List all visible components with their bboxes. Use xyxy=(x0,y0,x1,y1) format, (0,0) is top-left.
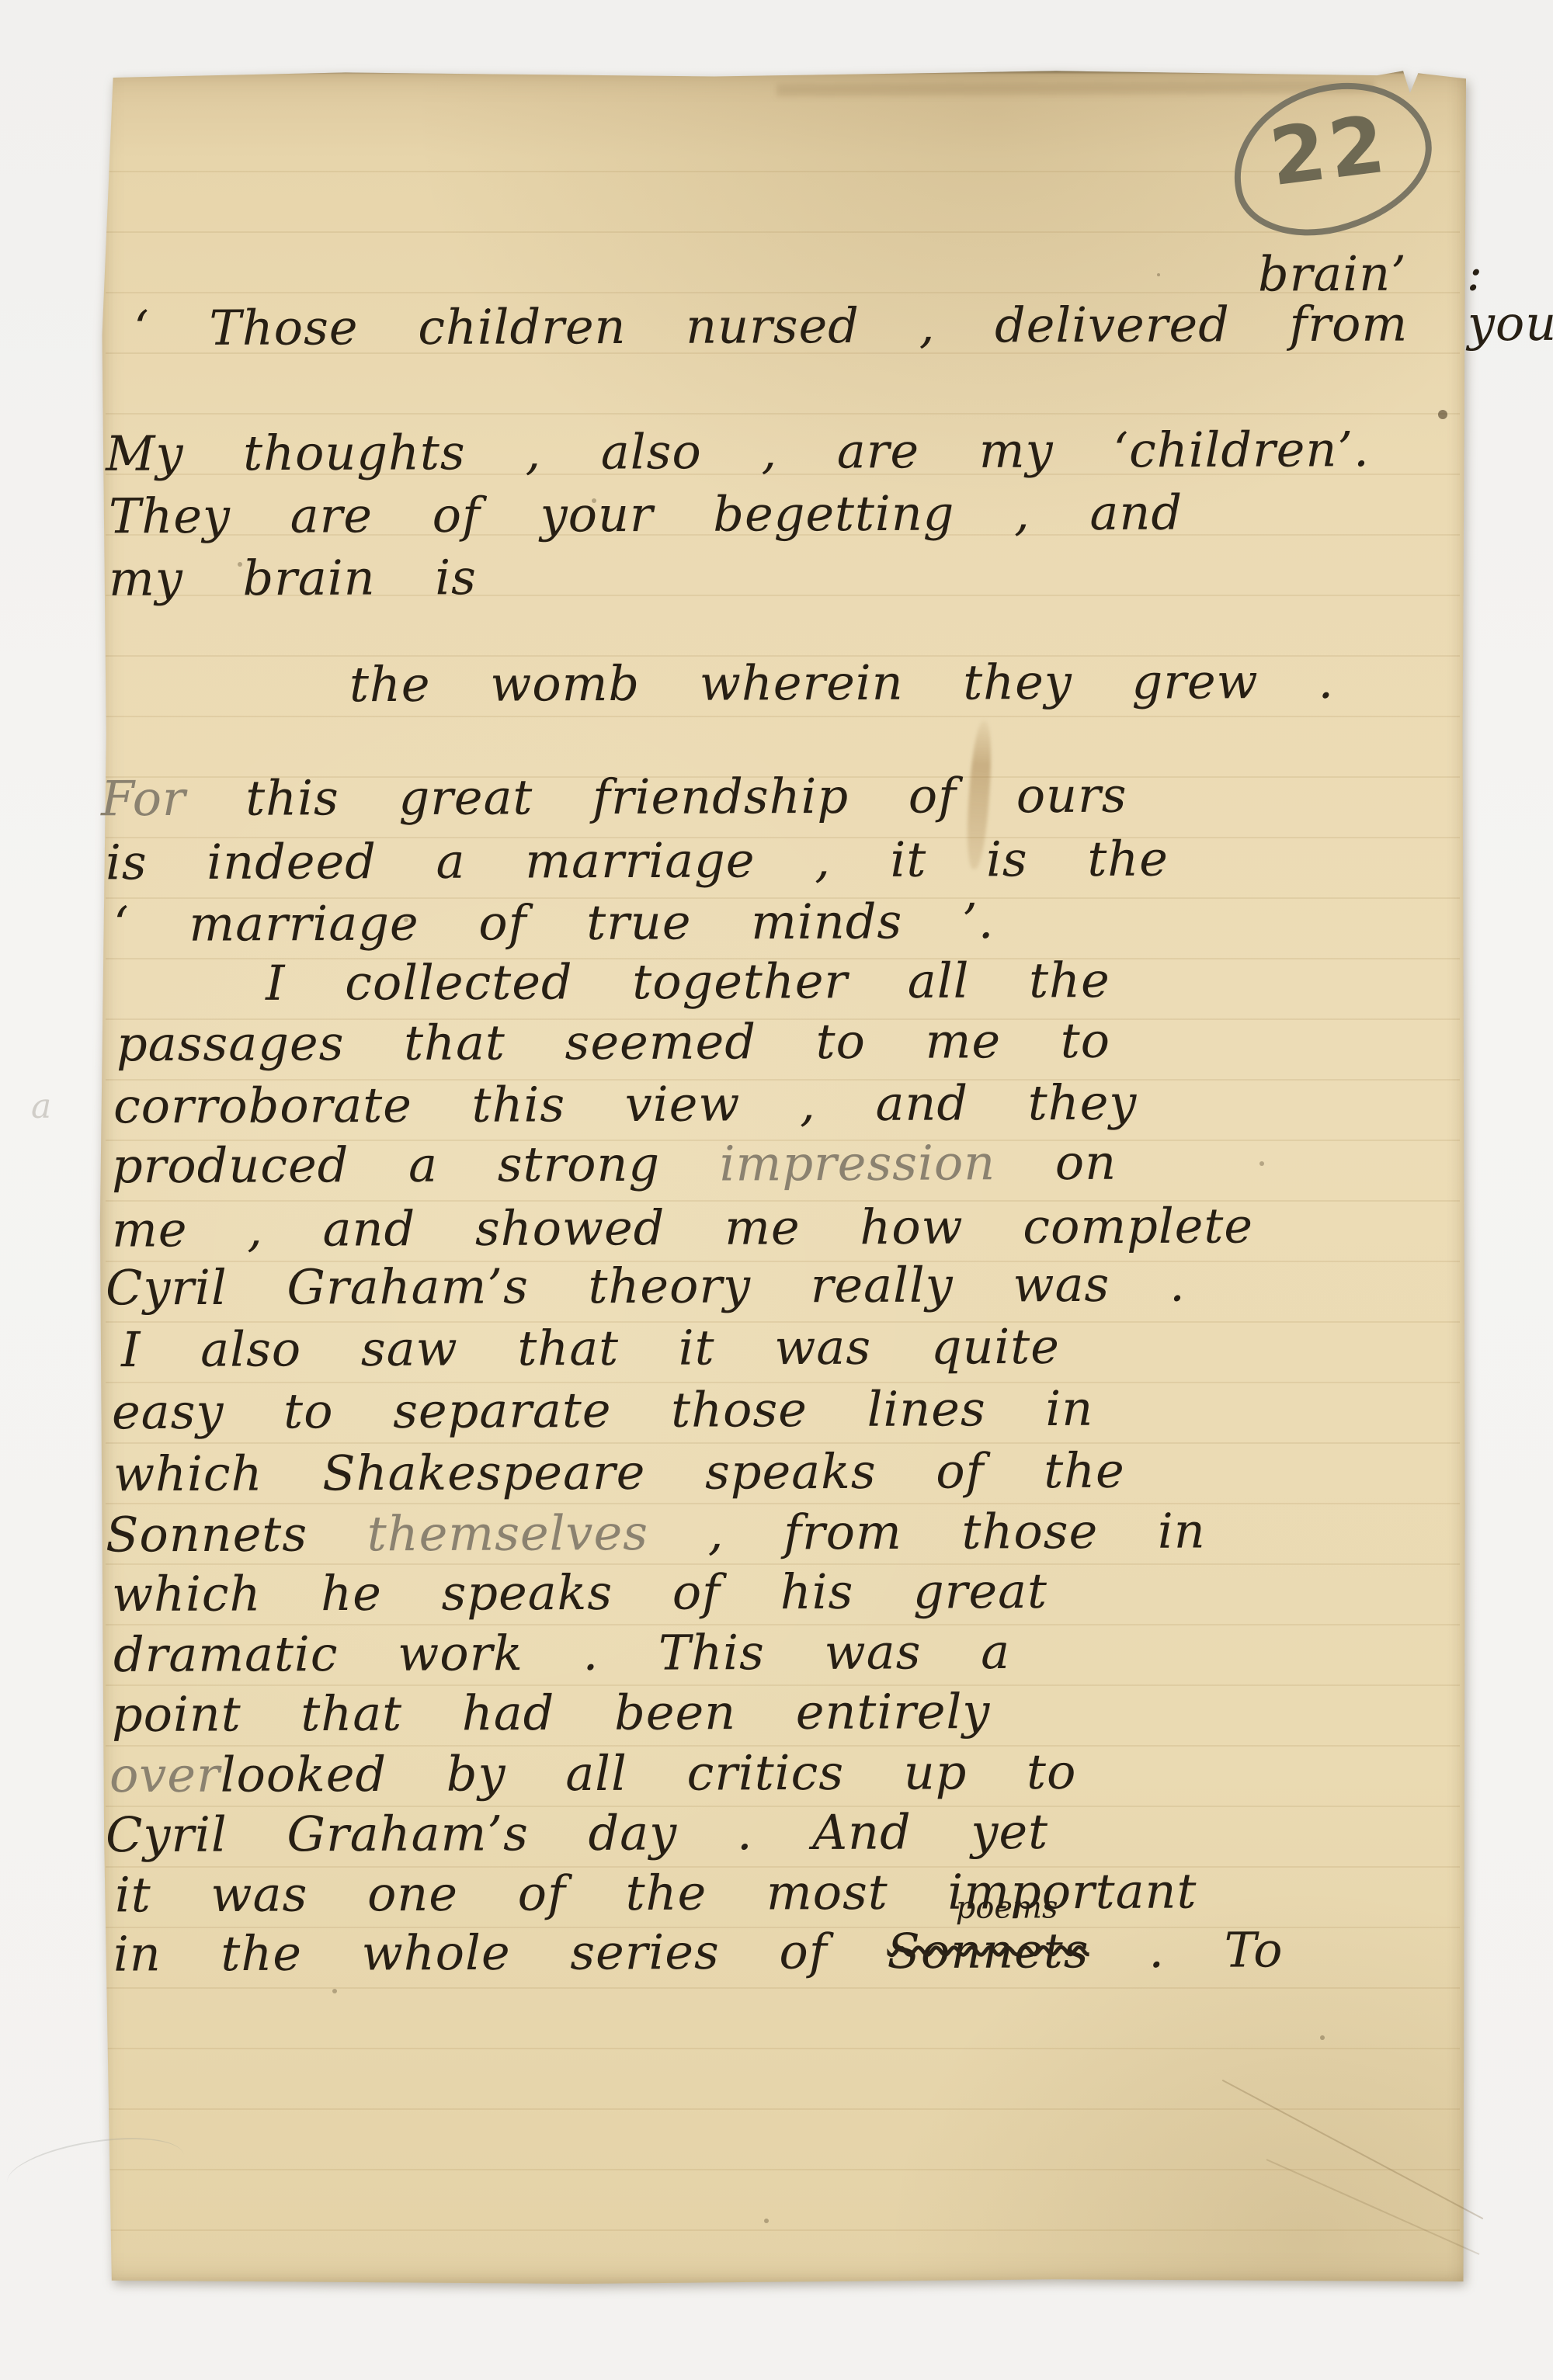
corrected-word: poemsSonnets xyxy=(887,1922,1089,1979)
manuscript-line: in the whole series of poemsSonnets . To xyxy=(113,1921,1284,1982)
manuscript-text: brain’ :‘ Those children nursed , delive… xyxy=(0,0,1553,2380)
manuscript-line: I also saw that it was quite xyxy=(121,1318,1060,1378)
text-segment: I also saw that it was quite xyxy=(121,1318,1060,1378)
text-segment: impression xyxy=(720,1134,996,1192)
text-segment: corroborate this view , and they xyxy=(113,1074,1138,1135)
manuscript-line: the womb wherein they grew . xyxy=(349,653,1334,713)
text-segment: produced a strong xyxy=(112,1136,720,1195)
struck-word: Sonnets xyxy=(887,1922,1089,1979)
manuscript-line: passages that seemed to me to xyxy=(116,1012,1110,1072)
text-segment: , from those in xyxy=(648,1503,1206,1562)
manuscript-line: My thoughts , also , are my ‘children’. xyxy=(106,421,1370,482)
text-segment: . To xyxy=(1089,1921,1283,1979)
manuscript-line: which Shakespeare speaks of the xyxy=(113,1442,1125,1503)
text-segment: Cyril Graham’s theory really was . xyxy=(106,1256,1186,1317)
text-segment: my brain is xyxy=(109,549,477,607)
text-segment: on xyxy=(995,1134,1117,1192)
manuscript-line: easy to separate those lines in xyxy=(112,1380,1093,1440)
margin-mark: a xyxy=(31,1087,51,1126)
text-segment: looked by all critics up to xyxy=(221,1743,1077,1803)
manuscript-line: ‘ Those children nursed , delivered from… xyxy=(134,295,1553,357)
text-segment: point that had been entirely xyxy=(112,1683,991,1743)
manuscript-line: brain’ : xyxy=(1258,245,1484,302)
text-segment: which Shakespeare speaks of the xyxy=(113,1442,1125,1503)
manuscript-line: dramatic work . This was a xyxy=(113,1623,1010,1683)
text-segment: Sonnets xyxy=(106,1505,367,1563)
text-segment: this great friendship of ours xyxy=(186,767,1127,827)
manuscript-line: I collected together all the xyxy=(266,952,1110,1011)
text-segment: the womb wherein they grew . xyxy=(349,653,1334,713)
scanned-manuscript-page: { "scan": { "page_number": "22", "margin… xyxy=(0,0,1553,2380)
manuscript-line: my brain is xyxy=(109,549,477,607)
text-segment: ‘ marriage of true minds ’. xyxy=(113,893,995,952)
manuscript-line: For this great friendship of ours xyxy=(101,767,1127,827)
text-segment: passages that seemed to me to xyxy=(116,1012,1110,1072)
text-segment: me , and showed me how complete xyxy=(112,1197,1253,1258)
manuscript-line: They are of your begetting , and xyxy=(109,484,1183,545)
text-segment: over xyxy=(109,1747,221,1803)
manuscript-line: Cyril Graham’s day . And yet xyxy=(106,1803,1048,1863)
text-segment: Cyril Graham’s day . And yet xyxy=(106,1803,1048,1863)
manuscript-line: is indeed a marriage , it is the xyxy=(106,831,1169,891)
manuscript-line: overlooked by all critics up to xyxy=(109,1743,1077,1803)
text-segment: is indeed a marriage , it is the xyxy=(106,831,1169,891)
text-segment: dramatic work . This was a xyxy=(113,1623,1010,1683)
manuscript-line: point that had been entirely xyxy=(112,1683,991,1743)
text-segment: ‘ Those children nursed , delivered from… xyxy=(134,295,1553,357)
inserted-word: poems xyxy=(956,1889,1058,1925)
manuscript-line: produced a strong impression on xyxy=(112,1134,1117,1195)
manuscript-line: ‘ marriage of true minds ’. xyxy=(113,893,995,952)
text-segment: in the whole series of xyxy=(113,1923,888,1982)
text-segment: They are of your begetting , and xyxy=(109,484,1183,545)
manuscript-line: me , and showed me how complete xyxy=(112,1197,1253,1258)
text-segment: themselves xyxy=(367,1504,648,1562)
manuscript-line: corroborate this view , and they xyxy=(113,1074,1138,1135)
text-segment: My thoughts , also , are my ‘children’. xyxy=(106,421,1370,482)
text-segment: brain’ : xyxy=(1258,245,1484,302)
text-segment: which he speaks of his great xyxy=(112,1563,1047,1622)
text-segment: I collected together all the xyxy=(266,952,1110,1011)
manuscript-line: Sonnets themselves , from those in xyxy=(106,1503,1206,1563)
manuscript-line: Cyril Graham’s theory really was . xyxy=(106,1256,1186,1317)
text-segment: easy to separate those lines in xyxy=(112,1380,1093,1440)
manuscript-line: which he speaks of his great xyxy=(112,1563,1047,1622)
text-segment: For xyxy=(101,770,186,827)
